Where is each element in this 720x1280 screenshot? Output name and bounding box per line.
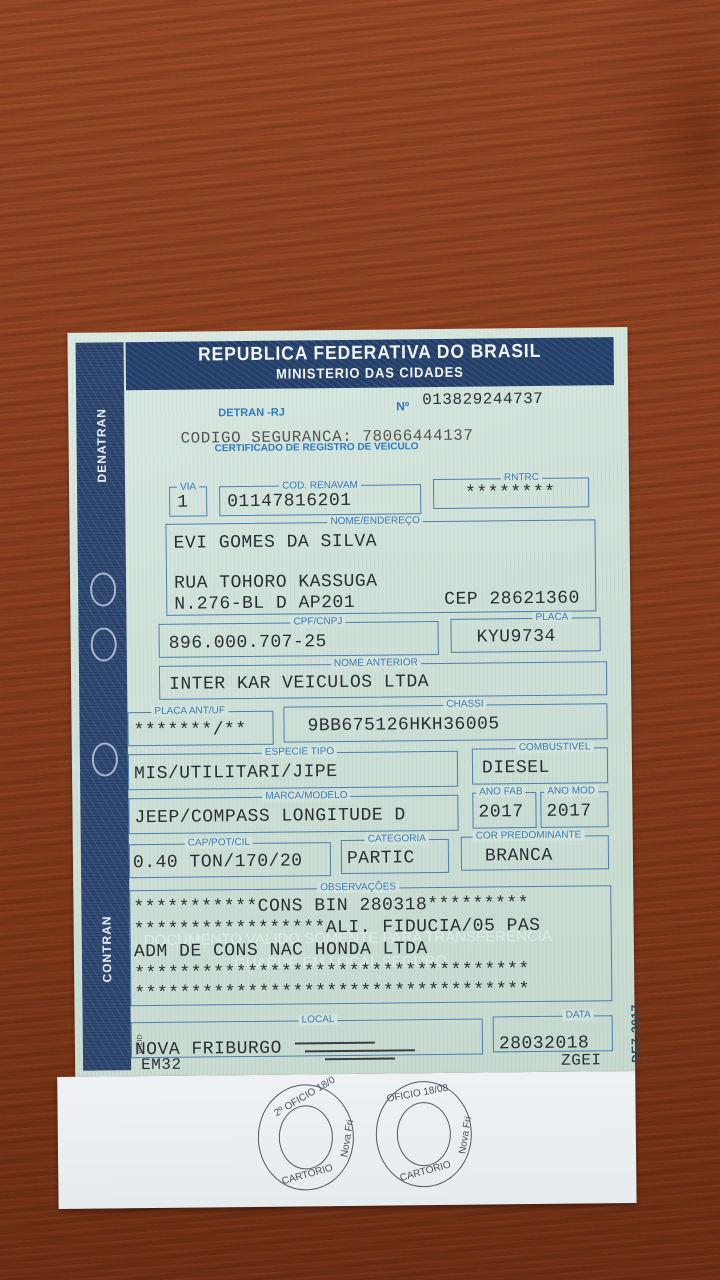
previous-owner-label: NOME ANTERIOR xyxy=(331,657,421,669)
stamp-inner-ring xyxy=(397,1102,452,1167)
observation-line: ***********CONS BIN 280318********* xyxy=(133,894,529,918)
side-security-band: DENATRAN CONTRAN xyxy=(76,342,132,1070)
year-made-label: ANO FAB xyxy=(476,786,525,798)
observation-line: *****************ALI. FIDUCIA/05 PAS xyxy=(134,916,541,940)
document-type: CERTIFICADO DE REGISTRO DE VEICULO xyxy=(215,441,419,454)
ministry-title: MINISTERIO DAS CIDADES xyxy=(145,362,594,383)
color-value: BRANCA xyxy=(485,846,553,867)
number-label: Nº xyxy=(396,399,409,413)
notary-stamp: 2º OFICIO 18/0 CARTORIO Nova Fri xyxy=(257,1084,354,1191)
stamp-side-text: Nova Fri xyxy=(457,1116,474,1155)
fuel-value: DIESEL xyxy=(482,758,550,779)
renavam-value: 01147816201 xyxy=(227,491,352,512)
via-value: 1 xyxy=(177,493,189,513)
rntrc-value: ******** xyxy=(465,483,556,504)
signature-stroke xyxy=(325,1057,395,1060)
rntrc-label: RNTRC xyxy=(501,472,542,483)
issuer-label: DETRAN -RJ xyxy=(218,407,285,420)
owner-cep: CEP 28621360 xyxy=(444,589,580,610)
certificate-number: 013829244737 xyxy=(422,390,543,409)
chassis-label: CHASSI xyxy=(443,698,486,709)
stamp-side-text: Nova Fri xyxy=(339,1119,356,1158)
side-text-denatran: DENATRAN xyxy=(94,408,109,483)
make-model-value: JEEP/COMPASS LONGITUDE D xyxy=(134,805,405,828)
renavam-label: COD. RENAVAM xyxy=(279,480,361,492)
owner-number: N.276-BL D AP201 xyxy=(174,593,355,615)
footer-code-right: ZGEI xyxy=(561,1051,602,1069)
previous-owner-value: INTER KAR VEICULOS LTDA xyxy=(169,672,429,695)
via-label: VIA xyxy=(177,481,199,492)
owner-name: EVI GOMES DA SILVA xyxy=(174,532,378,554)
stamp-inner-ring xyxy=(279,1105,334,1170)
previous-plate-label: PLACA ANT/UF xyxy=(151,705,228,717)
coat-of-arms-icon xyxy=(90,572,116,606)
year-made-value: 2017 xyxy=(478,802,523,822)
cpf-value: 896.000.707-25 xyxy=(169,632,327,654)
species-type-label: ESPECIE TIPO xyxy=(262,746,337,758)
observation-line: ADM DE CONS NAC HONDA LTDA xyxy=(134,939,428,962)
category-value: PARTIC xyxy=(347,848,415,869)
fuel-label: COMBUSTIVEL xyxy=(516,741,594,753)
location-label: LOCAL xyxy=(299,1014,338,1025)
species-type-value: MIS/UTILITARI/JIPE xyxy=(134,762,338,784)
chassis-value: 9BB675126HKH36005 xyxy=(307,714,499,736)
name-address-label: NOME/ENDEREÇO xyxy=(327,515,423,527)
owner-street: RUA TOHORO KASSUGA xyxy=(174,572,378,594)
color-label: COR PREDOMINANTE xyxy=(473,829,585,841)
notary-stamp: OFICIO 18/08 CARTORIO Nova Fri xyxy=(375,1081,472,1188)
capacity-value: 0.40 TON/170/20 xyxy=(133,851,303,873)
side-text-contran: CONTRAN xyxy=(100,915,115,982)
plate-label: PLACA xyxy=(532,612,571,623)
stamp-top-text: OFICIO 18/08 xyxy=(386,1083,449,1105)
plate-value: KYU9734 xyxy=(477,627,556,648)
header-band: REPUBLICA FEDERATIVA DO BRASIL MINISTERI… xyxy=(126,337,614,390)
coat-of-arms-icon xyxy=(92,742,118,776)
model-year-label: ANO MOD xyxy=(544,785,598,797)
make-model-label: MARCA/MODELO xyxy=(262,790,350,802)
date-label: DATA xyxy=(563,1009,594,1020)
edge-print-date: DEZ-2017 xyxy=(628,1004,643,1063)
notary-stamp-stub: 2º OFICIO 18/0 CARTORIO Nova Fri OFICIO … xyxy=(57,1071,636,1209)
vehicle-registration-certificate: DENATRAN CONTRAN VALID REPUBLICA FEDERAT… xyxy=(49,327,636,1209)
certificate-body: DENATRAN CONTRAN VALID REPUBLICA FEDERAT… xyxy=(67,327,635,1077)
observation-line: *********************************** xyxy=(134,980,530,1004)
footer-code-left: EM32 xyxy=(141,1056,182,1074)
previous-plate-value: *******/** xyxy=(133,720,246,741)
coat-of-arms-icon xyxy=(91,627,117,661)
model-year-value: 2017 xyxy=(546,801,591,821)
category-label: CATEGORIA xyxy=(365,833,429,845)
capacity-label: CAP/POT/CIL xyxy=(185,837,253,849)
observations-label: OBSERVAÇÕES xyxy=(317,881,399,893)
cpf-label: CPF/CNPJ xyxy=(290,616,345,628)
